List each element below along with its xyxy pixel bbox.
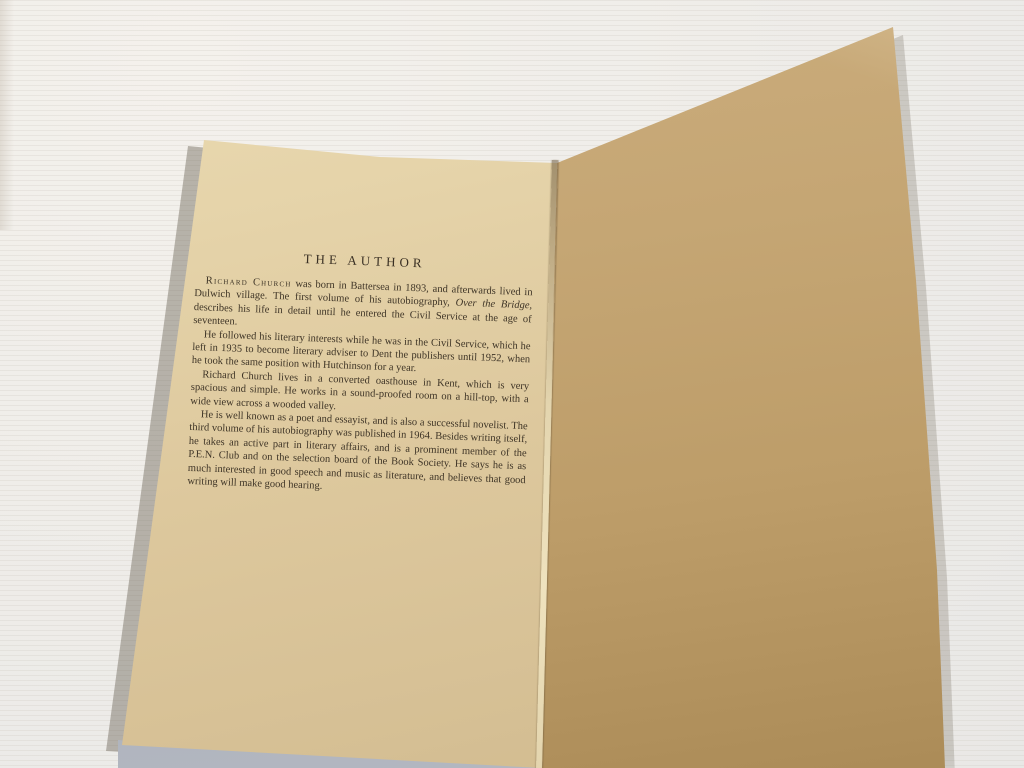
book-photo-scene: THE AUTHOR Richard Church was born in Ba…: [0, 0, 1024, 768]
book-title-italic: Over the Bridge,: [455, 298, 532, 312]
author-name-small-caps: Richard Church: [206, 275, 292, 289]
author-page-text-block: THE AUTHOR Richard Church was born in Ba…: [187, 247, 534, 501]
surface-edge-shading: [0, 0, 14, 230]
author-bio-paragraph-4: He is well known as a poet and essayist,…: [187, 408, 528, 501]
